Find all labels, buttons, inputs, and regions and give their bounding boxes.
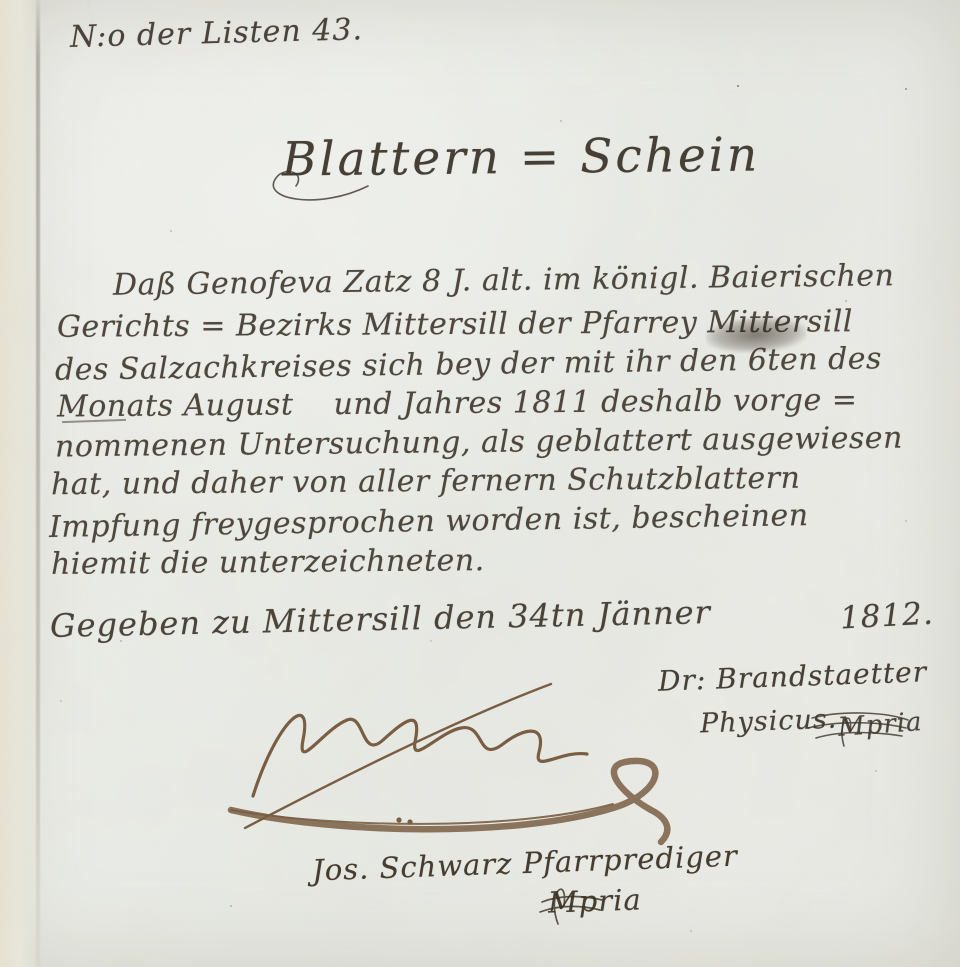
paper-fold-crease	[36, 0, 40, 967]
year: 1812.	[839, 596, 935, 637]
central-signature-flourish	[215, 668, 715, 853]
body-line: Monats August und Jahres 1811 deshalb vo…	[57, 383, 858, 425]
body-line: Impfung freygesprochen worden ist, besch…	[49, 498, 809, 545]
document-page: N:o der Listen 43. Blattern = Schein Daß…	[0, 0, 960, 967]
paper-left-edge	[0, 0, 38, 967]
physician-name: Dr: Brandstaetter	[658, 655, 928, 697]
body-line: hiemit die unterzeichneten.	[51, 543, 485, 582]
pastor-mark: Mpria	[547, 882, 642, 919]
body-line: Daß Genofeva Zatz 8 J. alt. im königl. B…	[113, 258, 895, 303]
body-line: nommenen Untersuchung, als geblattert au…	[55, 421, 903, 465]
ink-blot	[705, 315, 807, 354]
dateline: Gegeben zu Mittersill den 34tn Jänner	[50, 593, 712, 645]
list-number: N:o der Listen 43.	[70, 12, 364, 55]
paper-specks	[0, 0, 1, 1]
document-title: Blattern = Schein	[282, 127, 761, 187]
physician-title: Physicus.	[700, 704, 838, 740]
physician-mark: Mpria	[837, 707, 923, 743]
body-line: hat, und daher von aller fernern Schutzb…	[51, 461, 801, 503]
